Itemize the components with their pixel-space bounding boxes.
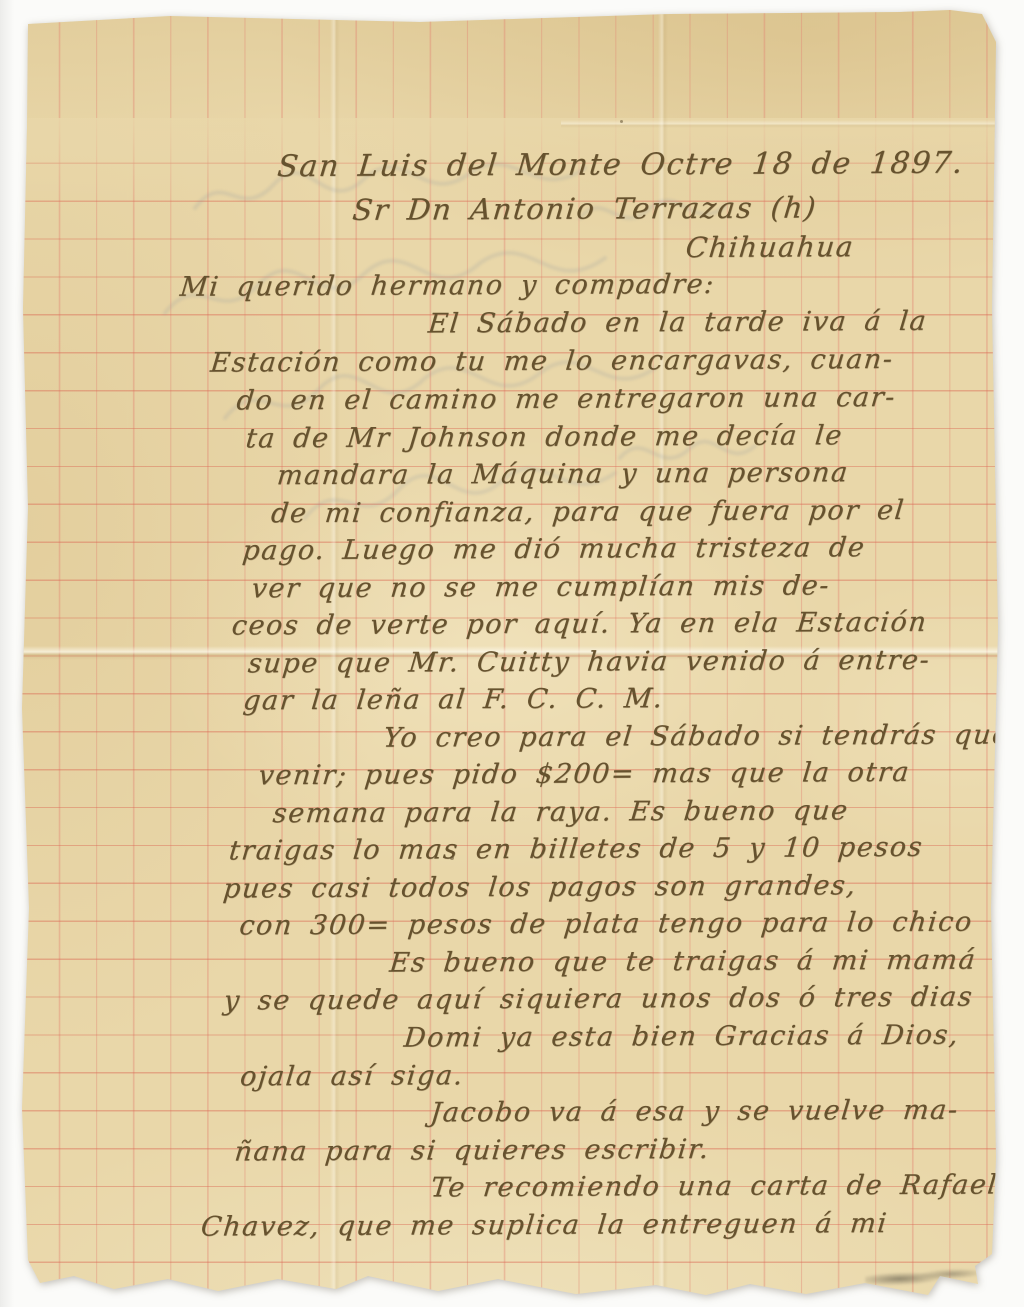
letter-line: mandara la Máquina y una persona <box>276 457 851 491</box>
letter-line: de mi confianza, para que fuera por el <box>270 495 907 529</box>
letter-text: San Luis del Monte Octre 18 de 1897. Sr … <box>17 5 1008 1298</box>
letter-line: pago. Luego me dió mucha tristeza de <box>241 532 867 566</box>
letter-line: Estación como tu me lo encargavas, cuan- <box>209 344 895 379</box>
ink-smudge <box>865 1264 981 1288</box>
ink-speck <box>450 856 454 860</box>
dateline: San Luis del Monte Octre 18 de 1897. <box>276 146 966 185</box>
letter-line: supe que Mr. Cuitty havia venido á entre… <box>247 645 932 680</box>
letter-line: Es bueno que te traigas á mi mamá <box>388 945 978 979</box>
letter-line: Te recomiendo una carta de Rafael <box>429 1169 999 1203</box>
letter-line: ta de Mr Johnson donde me decía le <box>244 420 844 454</box>
letter-line: venir; pues pido $200= mas que la otra <box>257 757 912 791</box>
salutation: Mi querido hermano y compadre: <box>179 269 717 303</box>
recipient-city: Chihuahua <box>684 230 856 264</box>
letter-line: gar la leña al F. C. C. M. <box>242 683 666 716</box>
letter-line: ojala así siga. <box>239 1060 466 1092</box>
letter-line: Jacobo va á esa y se vuelve ma- <box>429 1095 960 1129</box>
letter-line: semana para la raya. Es bueno que <box>271 795 850 829</box>
letter-page: San Luis del Monte Octre 18 de 1897. Sr … <box>20 8 1004 1296</box>
letter-line: ceos de verte por aquí. Ya en ela Estaci… <box>230 607 929 642</box>
letter-line: Chavez, que me suplica la entreguen á mi <box>199 1208 889 1243</box>
letter-line: traigas lo mas en billetes de 5 y 10 pes… <box>227 832 924 867</box>
ink-speck <box>620 120 623 123</box>
letter-line: y se quede aquí siquiera unos dos ó tres… <box>222 982 975 1017</box>
scan-background: San Luis del Monte Octre 18 de 1897. Sr … <box>0 0 1024 1307</box>
letter-line: Yo creo para el Sábado si tendrás que <box>382 719 1011 753</box>
letter-line: con 300= pesos de plata tengo para lo ch… <box>238 907 974 942</box>
ink-speck <box>282 158 285 161</box>
paper-shadow-wrap: San Luis del Monte Octre 18 de 1897. Sr … <box>0 0 1024 1307</box>
letter-line: pues casi todos los pagos son grandes, <box>222 870 859 904</box>
letter-line: El Sábado en la tarde iva á la <box>427 306 929 340</box>
letter-line: ver que no se me cumplían mis de- <box>250 570 831 604</box>
letter-line: do en el camino me entregaron una car- <box>235 382 897 416</box>
letter-line: ñana para si quieres escribir. <box>233 1134 711 1168</box>
letter-line: Domi ya esta bien Gracias á Dios, <box>402 1020 960 1054</box>
recipient-line: Sr Dn Antonio Terrazas (h) <box>351 190 819 226</box>
